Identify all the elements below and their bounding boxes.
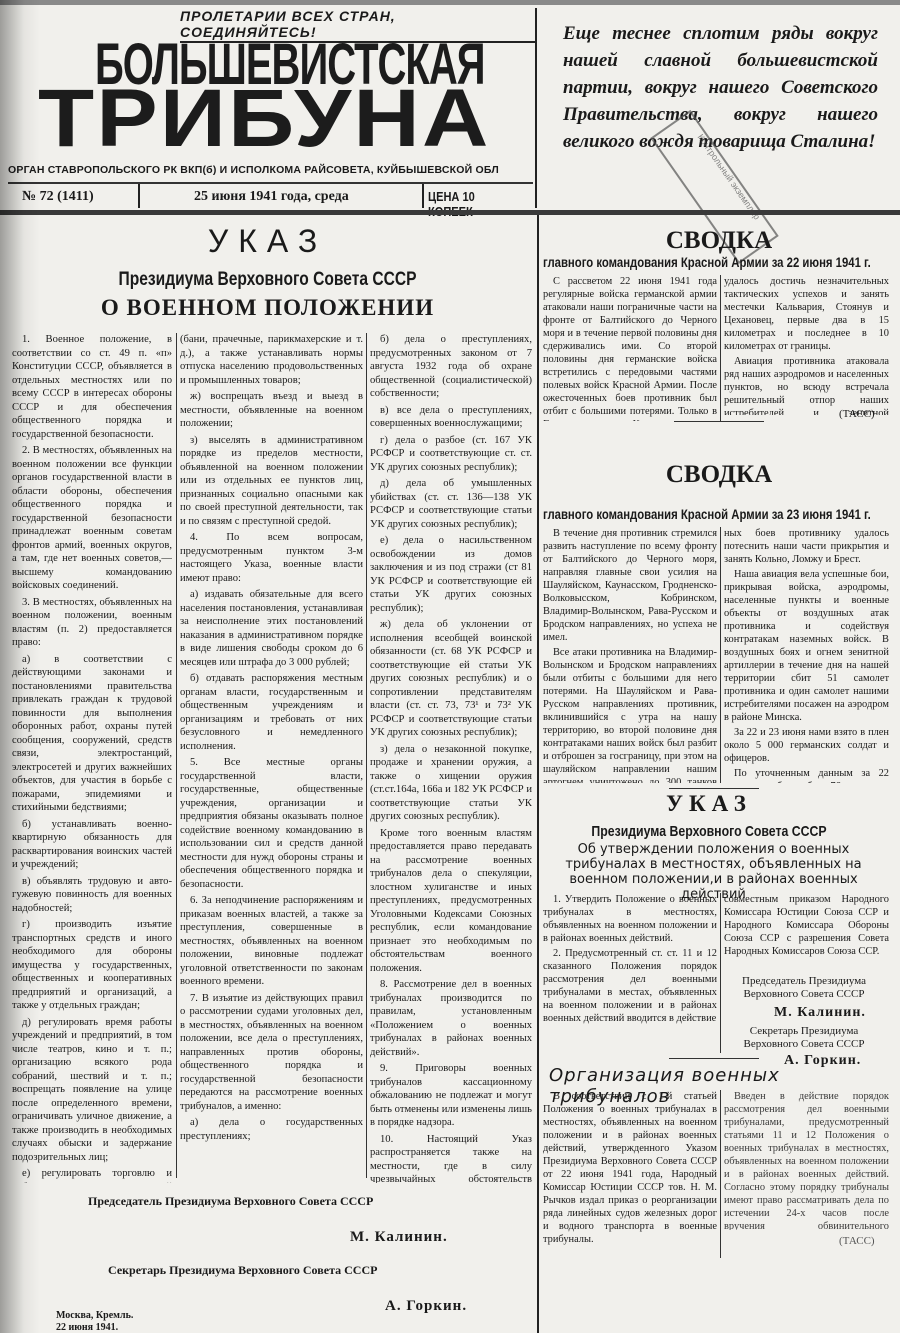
issue-info-row: № 72 (1411) 25 июня 1941 года, среда ЦЕН… bbox=[8, 182, 533, 210]
paragraph: 1. Утвердить Положение о военных трибуна… bbox=[543, 893, 717, 945]
right-section: СВОДКА главного командования Красной Арм… bbox=[537, 215, 900, 1333]
paragraph: 8. Рассмотрение дел в военных трибуналах… bbox=[370, 978, 532, 1059]
paragraph: Все атаки противника на Владимир-Волынск… bbox=[543, 646, 717, 783]
ukaz-martial-law: УКАЗ Президиума Верховного Совета СССР О… bbox=[0, 215, 535, 1333]
svodka-22-subtitle: главного командования Красной Армии за 2… bbox=[543, 255, 837, 270]
svodka-22-title: СВОДКА bbox=[549, 227, 889, 255]
paragraph: г) производить изъятие транспортных сред… bbox=[12, 918, 172, 1013]
paragraph: г) дела о разбое (ст. 167 УК РСФСР и соо… bbox=[370, 434, 532, 475]
paragraph: За 22 и 23 июня нами взято в плен около … bbox=[724, 726, 889, 765]
column-rule bbox=[720, 527, 721, 783]
ukaz-tribunals-column-2: совместным приказом Народного Комиссара … bbox=[724, 893, 889, 973]
masthead: ПРОЛЕТАРИИ ВСЕХ СТРАН, СОЕДИНЯЙТЕСЬ! БОЛ… bbox=[0, 0, 535, 215]
paragraph: 4. По всем вопросам, предусмотренным пун… bbox=[180, 531, 363, 585]
organization-column-1: В соответствии с 1-й статьей Положения о… bbox=[543, 1090, 717, 1260]
tribunals-secretary-title: Секретарь Президиума Верховного Совета С… bbox=[734, 1025, 874, 1051]
section-rule bbox=[674, 421, 764, 422]
ukaz-column-1: 1. Военное положение, в соответствии со … bbox=[12, 333, 172, 1183]
place-date: Москва, Кремль. 22 июня 1941. bbox=[56, 1310, 133, 1333]
paragraph: б) отдавать распоряжения местным органам… bbox=[180, 672, 363, 753]
ukaz-column-3: б) дела о преступлениях, предусмотренных… bbox=[370, 333, 532, 1183]
paragraph: Введен в действие порядок рассмотрения д… bbox=[724, 1090, 889, 1230]
paragraph: ж) воспрещать въезд и выезд в местности,… bbox=[180, 390, 363, 431]
column-rule bbox=[366, 333, 367, 1178]
newspaper-page: ПРОЛЕТАРИИ ВСЕХ СТРАН, СОЕДИНЯЙТЕСЬ! БОЛ… bbox=[0, 0, 900, 1333]
place: Москва, Кремль. bbox=[56, 1310, 133, 1322]
paragraph: з) дела о незаконной покупке, продаже и … bbox=[370, 743, 532, 824]
chairman-title: Председатель Президиума Верховного Совет… bbox=[88, 1194, 373, 1209]
svodka-22-column-1: С рассветом 22 июня 1941 года регулярные… bbox=[543, 275, 717, 421]
issue-date: 25 июня 1941 года, среда bbox=[194, 189, 349, 205]
ukaz-title: О ВОЕННОМ ПОЛОЖЕНИИ bbox=[0, 295, 535, 321]
ukaz-tribunals-heading: УКАЗ bbox=[539, 791, 879, 817]
section-rule bbox=[669, 788, 759, 789]
paragraph: в) все дела о преступлениях, совершенных… bbox=[370, 404, 532, 431]
column-rule bbox=[720, 1090, 721, 1258]
svodka-23-column-1: В течение дня противник стремился развит… bbox=[543, 527, 717, 783]
masthead-organ: ОРГАН СТАВРОПОЛЬСКОГО РК ВКП(б) И ИСПОЛК… bbox=[8, 164, 499, 176]
paragraph: 1. Военное положение, в соответствии со … bbox=[12, 333, 172, 441]
column-rule bbox=[176, 333, 177, 1178]
paragraph: 10. Настоящий Указ распространяется такж… bbox=[370, 1133, 532, 1184]
paragraph: 7. В изъятие из действующих правил о рас… bbox=[180, 992, 363, 1114]
svodka-23-column-2: ных боев противнику удалось потеснить на… bbox=[724, 527, 889, 783]
paragraph: 9. Приговоры военных трибуналов кассацио… bbox=[370, 1062, 532, 1130]
tribunals-chairman-name: М. Калинин. bbox=[774, 1005, 866, 1021]
ukaz-tribunals-column-1: 1. Утвердить Положение о военных трибуна… bbox=[543, 893, 717, 1053]
organization-source: (ТАСС) bbox=[839, 1235, 875, 1247]
paragraph: По уточненным данным за 22 июня всего бы… bbox=[724, 767, 889, 783]
ukaz-column-2: (бани, прачечные, парикмахерские и т. д.… bbox=[180, 333, 363, 1183]
divider bbox=[422, 184, 424, 208]
paragraph: В течение дня противник стремился развит… bbox=[543, 527, 717, 644]
svodka-23-subtitle: главного командования Красной Армии за 2… bbox=[543, 507, 837, 522]
ukaz-tribunals-subheading: Президиума Верховного Совета СССР bbox=[570, 823, 849, 840]
ukaz-heading: УКАЗ bbox=[0, 223, 535, 260]
paragraph: б) устанавливать военно-квартирную обяза… bbox=[12, 818, 172, 872]
paragraph: ных боев противнику удалось потеснить на… bbox=[724, 527, 889, 566]
organization-column-2: Введен в действие порядок рассмотрения д… bbox=[724, 1090, 889, 1230]
ukaz-subheading: Президиума Верховного Совета СССР bbox=[48, 269, 487, 291]
issue-number: № 72 (1411) bbox=[22, 189, 94, 205]
paragraph: В соответствии с 1-й статьей Положения о… bbox=[543, 1090, 717, 1246]
column-rule bbox=[720, 275, 721, 421]
paragraph: (бани, прачечные, парикмахерские и т. д.… bbox=[180, 333, 363, 387]
paragraph: з) выселять в административном порядке и… bbox=[180, 434, 363, 529]
chairman-name: М. Калинин. bbox=[350, 1229, 448, 1246]
slogan-text: Еще теснее сплотим ряды вокруг нашей сла… bbox=[563, 20, 878, 155]
newspaper-title-line2: ТРИБУНА bbox=[38, 78, 491, 160]
paragraph: в) объявлять трудовую и авто-гужевую пов… bbox=[12, 875, 172, 916]
paragraph: 5. Все местные органы государственной вл… bbox=[180, 756, 363, 891]
secretary-title: Секретарь Президиума Верховного Совета С… bbox=[108, 1263, 377, 1278]
sign-date: 22 июня 1941. bbox=[56, 1322, 133, 1333]
paragraph: а) дела о государственных преступлениях; bbox=[180, 1116, 363, 1143]
column-rule bbox=[720, 893, 721, 1053]
paragraph: 2. В местностях, объявленных на военном … bbox=[12, 444, 172, 593]
paragraph: д) регулировать время работы учреждений … bbox=[12, 1016, 172, 1165]
svodka-22-column-2: удалось достичь незначительных тактическ… bbox=[724, 275, 889, 415]
paragraph: 3. В местностях, объявленных на военном … bbox=[12, 596, 172, 650]
paragraph: д) дела об умышленных убийствах (ст. ст.… bbox=[370, 477, 532, 531]
paragraph: е) дела о насильственном освобождении из… bbox=[370, 534, 532, 615]
secretary-name: А. Горкин. bbox=[385, 1298, 467, 1315]
paragraph: ж) дела об уклонении от исполнения всеоб… bbox=[370, 618, 532, 740]
section-rule bbox=[669, 1058, 759, 1059]
paragraph: удалось достичь незначительных тактическ… bbox=[724, 275, 889, 353]
paragraph: совместным приказом Народного Комиссара … bbox=[724, 893, 889, 958]
paragraph: б) дела о преступлениях, предусмотренных… bbox=[370, 333, 532, 401]
tribunals-chairman-title: Председатель Президиума Верховного Совет… bbox=[734, 975, 874, 1001]
paragraph: а) в соответствии с действующими законам… bbox=[12, 653, 172, 815]
paragraph: 2. Предусмотренный ст. ст. 11 и 12 сказа… bbox=[543, 947, 717, 1025]
divider bbox=[138, 184, 140, 208]
paragraph: Наша авиация вела успешные бои, прикрыва… bbox=[724, 568, 889, 724]
svodka-22-source: (ТАСС) bbox=[839, 408, 875, 420]
paragraph: е) регулировать торговлю и работу торгую… bbox=[12, 1167, 172, 1183]
svodka-23-title: СВОДКА bbox=[549, 461, 889, 489]
paragraph: Кроме того военным властям предоставляет… bbox=[370, 827, 532, 976]
paragraph: а) издавать обязательные для всего насел… bbox=[180, 588, 363, 669]
paragraph: 6. За неподчинение распоряжениям и прика… bbox=[180, 894, 363, 989]
paragraph: Авиация противника атаковала ряд наших а… bbox=[724, 355, 889, 415]
paragraph: С рассветом 22 июня 1941 года регулярные… bbox=[543, 275, 717, 421]
